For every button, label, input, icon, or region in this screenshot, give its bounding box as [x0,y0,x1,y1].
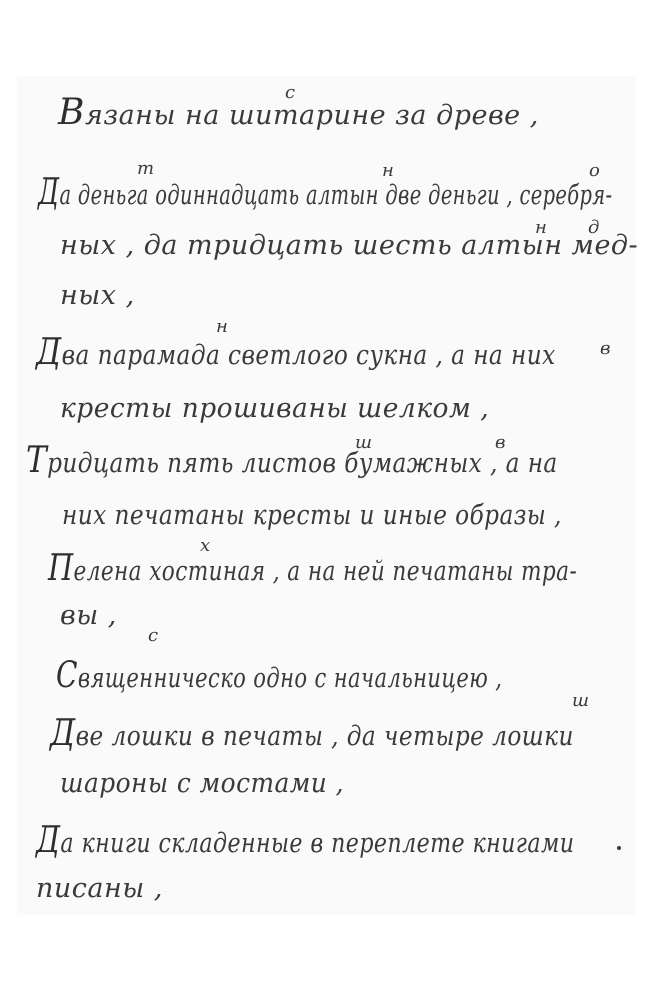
superscript-mark: н [382,160,394,181]
initial-letter: В [58,92,85,133]
superscript-mark: о [589,160,600,181]
line-text: а деньга одиннадцать алтын две деньги , … [59,180,612,211]
trailing-dot [617,846,621,850]
manuscript-line-7: Тридцать пять листов бумажных , а на [26,440,558,481]
line-text: ных , [60,280,135,311]
manuscript-line-1: Вязаны на шитарине за древе , [58,92,539,133]
manuscript-line-4: ных , [60,272,135,313]
line-text: вы , [60,600,117,631]
manuscript-line-9: Пелена хостиная , а на ней печатаны тра- [48,548,577,589]
superscript-mark: х [200,535,210,556]
line-text: шароны с мостами , [60,768,344,799]
superscript-mark: ш [355,432,372,453]
line-text: язаны на шитарине за древе , [85,100,539,131]
line-text: писаны , [36,873,163,904]
line-text: них печатаны кресты и иные образы , [62,500,562,531]
line-text: ных , да тридцать шесть алтын мед- [60,230,638,261]
superscript-mark: ш [572,690,589,711]
manuscript-line-8: них печатаны кресты и иные образы , [62,492,562,533]
initial-letter: С [56,655,78,696]
initial-letter: Т [26,440,47,481]
superscript-mark: в [495,432,505,453]
manuscript-line-3: ных , да тридцать шесть алтын мед- [60,222,638,263]
initial-letter: Д [36,332,62,373]
line-text: кресты прошиваны шелком , [60,393,489,424]
manuscript-line-13: шароны с мостами , [60,760,344,801]
superscript-mark: т [137,158,154,179]
line-text: ве лошки в печаты , да четыре лошки [76,721,574,752]
manuscript-line-10: вы , [60,592,117,633]
line-text: ва парамада светлого сукна , а на них [62,340,556,371]
initial-letter: Д [50,713,76,754]
line-text: вященническо одно с начальницею , [78,663,502,694]
manuscript-line-6: кресты прошиваны шелком , [60,385,489,426]
superscript-mark: н [535,217,547,238]
superscript-mark: с [285,82,295,103]
line-text: елена хостиная , а на ней печатаны тра- [74,556,578,587]
superscript-mark: н [216,316,228,337]
manuscript-line-11: Священническо одно с начальницею , [56,655,502,696]
manuscript-line-5: Два парамада светлого сукна , а на них [36,332,556,373]
line-text: ридцать пять листов бумажных , а на [47,448,558,479]
initial-letter: Д [36,820,60,861]
initial-letter: П [48,548,74,589]
manuscript-line-14: Да книги складенные в переплете книгами [36,820,574,861]
manuscript-line-2: Да деньга одиннадцать алтын две деньги ,… [38,172,612,213]
initial-letter: Д [38,172,59,213]
manuscript-line-12: Две лошки в печаты , да четыре лошки [50,713,574,754]
superscript-mark: с [148,625,158,646]
superscript-mark: д [588,217,599,238]
line-text: а книги складенные в переплете книгами [60,828,574,859]
superscript-mark: в [600,338,610,359]
manuscript-line-15: писаны , [36,865,163,906]
